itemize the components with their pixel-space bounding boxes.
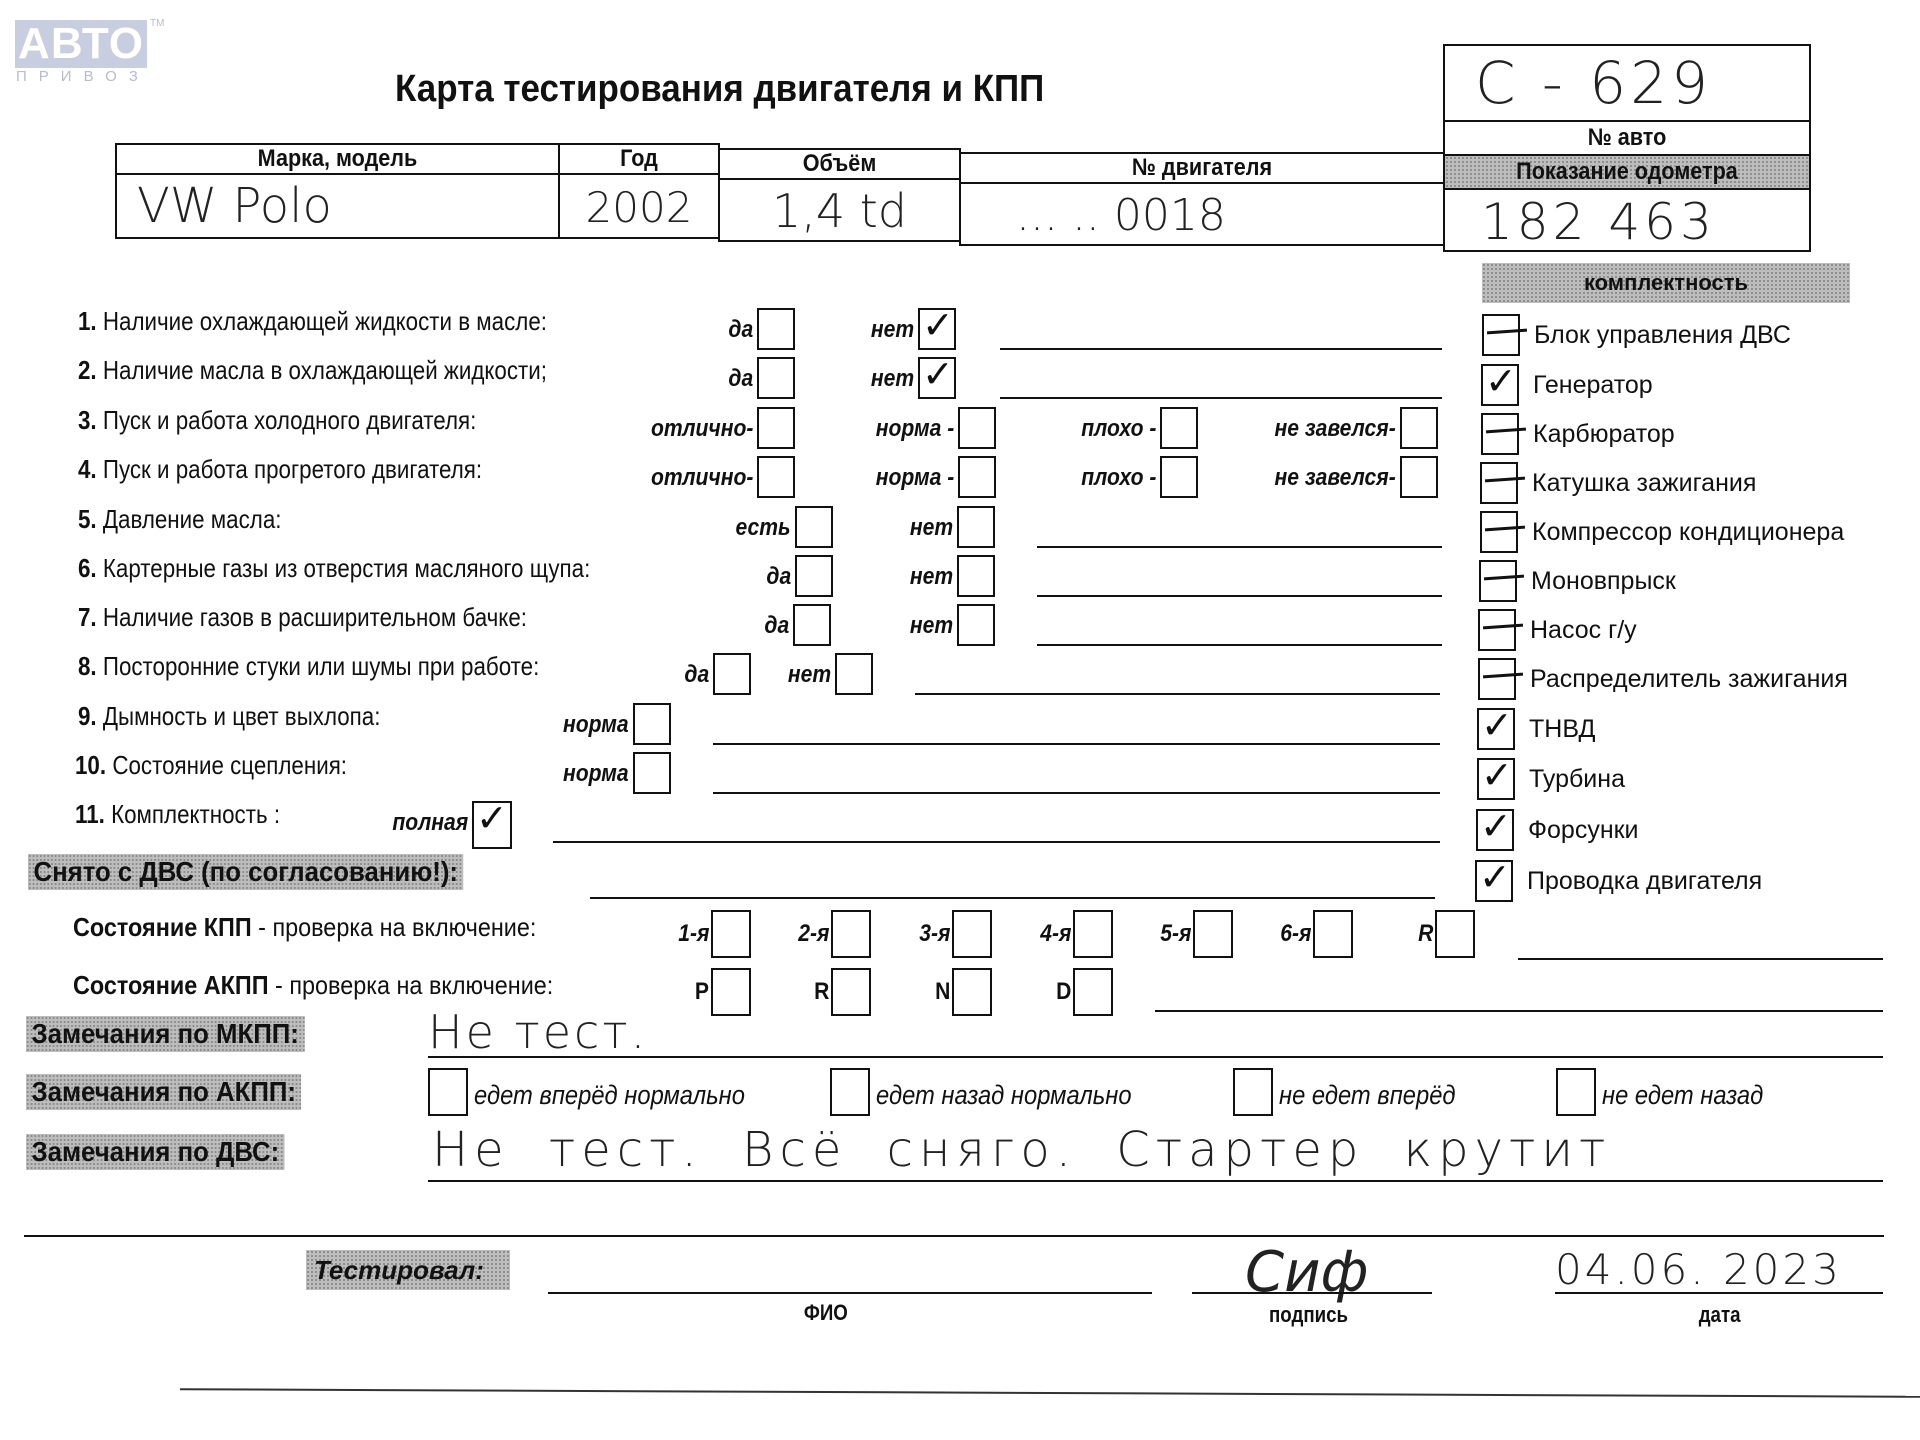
item-label: Наличие масла в охлаждающей жидкости; <box>103 355 547 385</box>
checkbox-отлично[interactable] <box>757 407 795 449</box>
checkbox-да[interactable] <box>795 555 833 597</box>
item-label: Комплектность : <box>111 799 280 829</box>
fio-field[interactable] <box>548 1292 1152 1294</box>
gear-label: 6-я <box>1280 920 1311 948</box>
kit-checkbox[interactable] <box>1478 609 1516 651</box>
checkbox-да[interactable] <box>713 653 751 695</box>
page-title: Карта тестирования двигателя и КПП <box>395 68 1044 111</box>
checkbox-норма[interactable] <box>633 752 671 794</box>
item-number: 4. <box>78 454 97 484</box>
dash-mark-icon <box>1486 428 1526 434</box>
checkmark-icon: ✓ <box>1481 754 1513 796</box>
checklist-item: 9. Дымность и цвет выхлопа: <box>78 701 380 732</box>
dash-mark-icon <box>1487 329 1527 335</box>
checkbox-незавелся[interactable] <box>1400 407 1438 449</box>
option-label: нет <box>910 563 953 591</box>
gear-checkbox[interactable] <box>1193 910 1233 958</box>
checkbox-норма[interactable] <box>633 703 671 745</box>
signature: Сиф <box>1245 1240 1368 1305</box>
item-label: Состояние сцепления: <box>112 750 347 780</box>
item-number: 2. <box>78 355 97 385</box>
mode-label: N <box>935 978 950 1006</box>
kit-item-label: Блок управления ДВС <box>1534 321 1791 350</box>
header-engine-no: № двигателя <box>959 152 1445 184</box>
gear-checkbox[interactable] <box>1435 910 1475 958</box>
checkbox-норма[interactable] <box>958 456 996 498</box>
akpp-label: Состояние АКПП - проверка на включение: <box>73 970 553 1001</box>
checkmark-icon: ✓ <box>1480 805 1512 847</box>
checklist-item: 6. Картерные газы из отверстия масляного… <box>78 553 590 584</box>
notes-field[interactable] <box>1037 595 1442 597</box>
logo: АВТО <box>15 20 147 68</box>
notes-field[interactable] <box>553 841 1440 843</box>
checkbox-полная[interactable]: ✓ <box>472 801 512 849</box>
option-label: норма - <box>875 464 954 492</box>
checkmark-icon: ✓ <box>1481 704 1513 746</box>
akpp-notes-field[interactable] <box>1155 1010 1883 1012</box>
header-volume: Объём <box>718 148 961 180</box>
kit-item-label: Проводка двигателя <box>1527 867 1762 896</box>
kit-checkbox[interactable] <box>1481 413 1519 455</box>
value-make-model[interactable]: VW Polo <box>115 173 560 239</box>
item-number: 3. <box>78 405 97 435</box>
kpp-label: Состояние КПП - проверка на включение: <box>73 912 536 943</box>
gear-label: 3-я <box>919 920 950 948</box>
value-volume[interactable]: 1,4 td <box>718 178 961 242</box>
kit-item-label: Насос г/у <box>1530 616 1637 645</box>
value-odometer[interactable]: 182 463 <box>1443 188 1811 252</box>
tested-by-label: Тестировал: <box>306 1250 510 1290</box>
gear-checkbox[interactable] <box>1313 910 1353 958</box>
scan-edge <box>180 1388 1920 1398</box>
akpp-remark-label: не едет назад <box>1602 1080 1763 1111</box>
kit-item-label: Форсунки <box>1528 816 1639 845</box>
kit-item-label: Моновпрыск <box>1531 567 1676 596</box>
remarks-dvs-line <box>428 1180 1883 1182</box>
removed-label: Снято с ДВС (по согласованию!): <box>28 854 464 890</box>
header-odometer: Показание одометра <box>1443 154 1811 190</box>
kpp-notes-field[interactable] <box>1518 958 1883 960</box>
item-number: 6. <box>78 553 97 583</box>
option-label: плохо - <box>1081 464 1156 492</box>
remarks-mkpp-label: Замечания по МКПП: <box>26 1016 304 1052</box>
option-label: не завелся- <box>1275 415 1396 443</box>
date-caption: дата <box>1699 1302 1741 1328</box>
item-number: 10. <box>75 750 106 780</box>
option-label: есть <box>736 514 791 542</box>
value-car-no[interactable]: C - 629 <box>1443 44 1811 122</box>
kit-item-label: Катушка зажигания <box>1532 469 1756 498</box>
checkbox-нет[interactable] <box>957 506 995 548</box>
notes-field[interactable] <box>915 693 1440 695</box>
gear-checkbox[interactable] <box>952 910 992 958</box>
checklist-item: 8. Посторонние стуки или шумы при работе… <box>78 651 539 682</box>
kit-item-label: ТНВД <box>1529 715 1595 744</box>
checkbox-нет[interactable] <box>835 653 873 695</box>
value-year[interactable]: 2002 <box>558 173 720 239</box>
option-label: нет <box>871 316 914 344</box>
checklist-item: 1. Наличие охлаждающей жидкости в масле: <box>78 306 547 337</box>
checkmark-icon: ✓ <box>922 304 954 346</box>
mode-checkbox[interactable] <box>711 968 751 1016</box>
value-engine-no[interactable]: ... .. 0018 <box>959 182 1445 246</box>
option-label: нет <box>910 612 953 640</box>
item-number: 7. <box>78 602 97 632</box>
checkmark-icon: ✓ <box>922 353 954 395</box>
akpp-remark-checkbox[interactable] <box>830 1068 870 1116</box>
mode-label: P <box>695 978 709 1006</box>
kit-item-label: Карбюратор <box>1533 420 1675 449</box>
checklist-item: 3. Пуск и работа холодного двигателя: <box>78 405 476 436</box>
item-label: Наличие газов в расширительном бачке: <box>103 602 527 632</box>
gear-label: 4-я <box>1040 920 1071 948</box>
checkbox-нет[interactable]: ✓ <box>918 308 956 350</box>
kit-item-label: Турбина <box>1529 765 1625 794</box>
checkbox-да[interactable] <box>757 357 795 399</box>
option-label: да <box>728 365 753 393</box>
dash-mark-icon <box>1483 624 1523 630</box>
checkbox-нет[interactable] <box>957 555 995 597</box>
gear-label: 2-я <box>798 920 829 948</box>
option-label: нет <box>910 514 953 542</box>
akpp-remark-label: не едет вперёд <box>1279 1080 1456 1111</box>
checkbox-да[interactable] <box>793 604 831 646</box>
notes-field[interactable] <box>1037 644 1442 646</box>
option-label: да <box>728 316 753 344</box>
remarks-dvs-label: Замечания по ДВС: <box>26 1134 285 1170</box>
checkbox-да[interactable] <box>757 308 795 350</box>
signature-caption: подпись <box>1269 1302 1348 1328</box>
checklist-item: 2. Наличие масла в охлаждающей жидкости; <box>78 355 547 386</box>
notes-field[interactable] <box>713 743 1440 745</box>
dash-mark-icon <box>1485 526 1525 532</box>
date-value[interactable]: 04.06. 2023 <box>1555 1245 1842 1294</box>
option-label: не завелся- <box>1275 464 1396 492</box>
kit-checkbox[interactable] <box>1478 658 1516 700</box>
gear-checkbox[interactable] <box>1073 910 1113 958</box>
checkbox-нет[interactable] <box>957 604 995 646</box>
remarks-mkpp-text[interactable]: Не тест. <box>428 1005 648 1059</box>
item-label: Пуск и работа холодного двигателя: <box>103 405 476 435</box>
item-label: Дымность и цвет выхлопа: <box>103 701 381 731</box>
kit-item-label: Распределитель зажигания <box>1530 665 1848 694</box>
header-make-model: Марка, модель <box>115 143 560 175</box>
notes-field[interactable] <box>1037 546 1442 548</box>
option-label: норма - <box>875 415 954 443</box>
header-year: Год <box>558 143 720 175</box>
item-label: Посторонние стуки или шумы при работе: <box>103 651 539 681</box>
kit-checkbox[interactable]: ✓ <box>1481 364 1519 406</box>
remarks-mkpp-line <box>428 1056 1883 1058</box>
kit-checkbox[interactable]: ✓ <box>1476 809 1514 851</box>
akpp-remark-checkbox[interactable] <box>1233 1068 1273 1116</box>
checklist-item: 5. Давление масла: <box>78 504 281 535</box>
checkbox-норма[interactable] <box>958 407 996 449</box>
kit-header: комплектность <box>1482 263 1850 303</box>
kit-item-label: Генератор <box>1533 371 1653 400</box>
header-car-no: № авто <box>1443 120 1811 156</box>
option-label: отлично- <box>651 464 753 492</box>
logo-subtitle: ПРИВОЗ <box>16 68 150 85</box>
checklist-item: 4. Пуск и работа прогретого двигателя: <box>78 454 482 485</box>
item-number: 5. <box>78 504 97 534</box>
kit-checkbox[interactable] <box>1479 560 1517 602</box>
kit-checkbox[interactable] <box>1480 511 1518 553</box>
mode-checkbox[interactable] <box>952 968 992 1016</box>
mode-checkbox[interactable] <box>831 968 871 1016</box>
option-label: да <box>684 661 709 689</box>
mode-label: D <box>1056 978 1071 1006</box>
notes-field[interactable] <box>1000 397 1442 399</box>
checkbox-есть[interactable] <box>795 506 833 548</box>
checkmark-icon: ✓ <box>1485 360 1517 402</box>
signature-field[interactable] <box>1192 1292 1432 1294</box>
gear-checkbox[interactable] <box>711 910 751 958</box>
notes-field[interactable] <box>1000 348 1442 350</box>
item-number: 8. <box>78 651 97 681</box>
dash-mark-icon <box>1483 673 1523 679</box>
logo-trademark: TM <box>150 18 164 29</box>
dash-mark-icon <box>1484 575 1524 581</box>
item-label: Наличие охлаждающей жидкости в масле: <box>103 306 547 336</box>
divider <box>24 1235 1884 1237</box>
gear-label: R <box>1418 920 1433 948</box>
checkbox-плохо[interactable] <box>1160 456 1198 498</box>
checkbox-плохо[interactable] <box>1160 407 1198 449</box>
gear-label: 5-я <box>1160 920 1191 948</box>
checkmark-icon: ✓ <box>476 797 508 839</box>
option-label: нет <box>871 365 914 393</box>
checkbox-нет[interactable]: ✓ <box>918 357 956 399</box>
kit-checkbox[interactable]: ✓ <box>1475 860 1513 902</box>
kit-checkbox[interactable]: ✓ <box>1477 708 1515 750</box>
checklist-item: 7. Наличие газов в расширительном бачке: <box>78 602 527 633</box>
kit-item-label: Компрессор кондиционера <box>1532 518 1844 547</box>
item-number: 11. <box>75 799 105 829</box>
checkbox-отлично[interactable] <box>757 456 795 498</box>
option-label: отлично- <box>651 415 753 443</box>
option-label: да <box>764 612 789 640</box>
option-label: норма <box>563 711 629 739</box>
gear-label: 1-я <box>678 920 709 948</box>
mode-checkbox[interactable] <box>1073 968 1113 1016</box>
notes-field[interactable] <box>713 792 1440 794</box>
akpp-remark-label: едет назад нормально <box>876 1080 1132 1111</box>
date-field[interactable] <box>1555 1292 1883 1294</box>
checklist-item: 11. Комплектность : <box>75 799 280 830</box>
kit-checkbox[interactable]: ✓ <box>1477 758 1515 800</box>
removed-field[interactable] <box>590 897 1435 899</box>
akpp-remark-checkbox[interactable] <box>1556 1068 1596 1116</box>
option-label: нет <box>788 661 831 689</box>
item-label: Давление масла: <box>103 504 282 534</box>
dash-mark-icon <box>1485 477 1525 483</box>
item-number: 1. <box>78 306 97 336</box>
gear-checkbox[interactable] <box>831 910 871 958</box>
remarks-akpp-label: Замечания по АКПП: <box>26 1074 301 1110</box>
checkmark-icon: ✓ <box>1479 856 1511 898</box>
option-label: да <box>766 563 791 591</box>
kit-checkbox[interactable] <box>1480 462 1518 504</box>
akpp-remark-label: едет вперёд нормально <box>474 1080 745 1111</box>
checklist-item: 10. Состояние сцепления: <box>75 750 347 781</box>
fio-caption: ФИО <box>804 1300 848 1326</box>
item-label: Пуск и работа прогретого двигателя: <box>103 454 482 484</box>
option-label: норма <box>563 760 629 788</box>
kit-checkbox[interactable] <box>1482 314 1520 356</box>
item-label: Картерные газы из отверстия масляного щу… <box>103 553 590 583</box>
option-label: полная <box>392 809 468 837</box>
akpp-remark-checkbox[interactable] <box>428 1068 468 1116</box>
remarks-dvs-text[interactable]: Не тест. Всё сняго. Стартер крутит <box>432 1122 1611 1178</box>
mode-label: R <box>814 978 829 1006</box>
option-label: плохо - <box>1081 415 1156 443</box>
item-number: 9. <box>78 701 97 731</box>
checkbox-незавелся[interactable] <box>1400 456 1438 498</box>
